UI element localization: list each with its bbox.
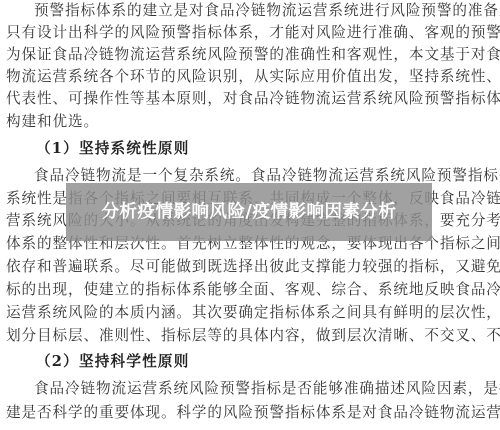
paragraph-line: 代表性、可操作性等基本原则，对食品冷链物流运营系统风险预警指标体系进行 (6, 88, 500, 110)
paragraph-line: 物流运营系统各个环节的风险识别，从实际应用价值出发，坚持系统性、科学性、 (6, 66, 500, 88)
paragraph-line-text: 只有设计出科学的风险预警指标体系，才能对风险进行准确、客观的预警 (6, 24, 500, 41)
paragraph-line: 依存和普遍联系。尽可能做到既选择出彼此支撑能力较强的指标，又避免重复指 (6, 256, 500, 278)
title-overlay-banner: 分析疫情影响风险/疫情影响因素分析 (66, 183, 432, 241)
paragraph-line: 为保证食品冷链物流运营系统风险预警的准确性和客观性，本文基于对食品冷链 (6, 44, 500, 66)
paragraph-line: 运营系统风险的本质内涵。其次要确定指标体系之间具有鲜明的层次性，要明确 (6, 302, 500, 324)
overlay-title: 分析疫情影响风险/疫情影响因素分析 (79, 200, 419, 224)
paragraph-line: 构建和优选。 (6, 111, 99, 133)
paragraph-line: 只有设计出科学的风险预警指标体系，才能对风险进行准确、客观的预警[134]。 (6, 22, 500, 44)
paragraph-line: 食品冷链物流运营系统风险预警指标是否能够准确描述风险因素，是指标构 (34, 378, 500, 400)
paragraph-line: 预警指标体系的建立是对食品冷链物流运营系统进行风险预警的准备工作, (34, 0, 500, 22)
paragraph-line: 标的出现，使建立的指标体系能够全面、客观、综合、系统地反映食品冷链物流 (6, 279, 500, 301)
paragraph-line: 建是否科学的重要体现。科学的风险预警指标体系是对食品冷链物流运营系统风 (6, 402, 500, 424)
paragraph-line: 划分目标层、准则性、指标层等的具体内容，做到层次清晰、不交叉、不混淆。 (6, 325, 500, 347)
section-heading-systematic: （1）坚持系统性原则 (36, 138, 190, 160)
section-heading-scientific: （2）坚持科学性原则 (36, 351, 190, 373)
